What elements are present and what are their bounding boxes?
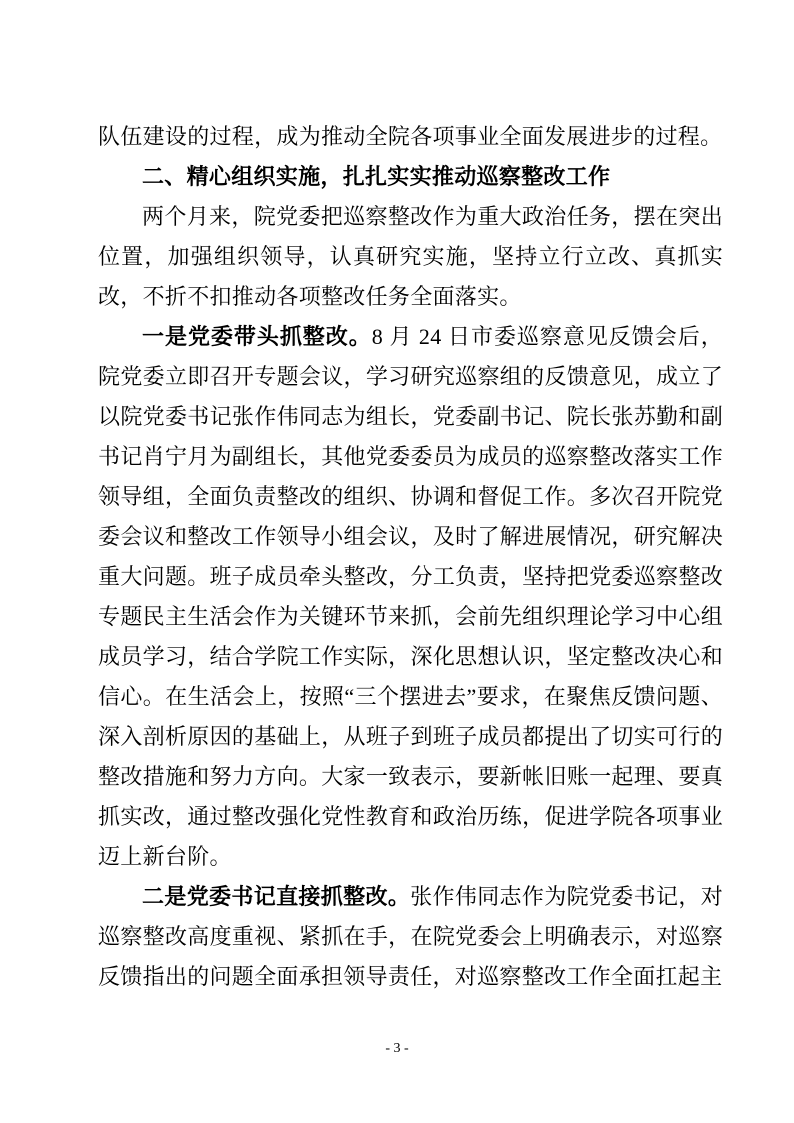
paragraph-continuation: 队伍建设的过程，成为推动全院各项事业全面发展进步的过程。 — [98, 117, 723, 157]
page-number: - 3 - — [0, 1040, 794, 1058]
paragraph: 一是党委带头抓整改。8 月 24 日市委巡察意见反馈会后，院党委立即召开专题会议… — [98, 317, 723, 877]
paragraph-lead: 一是党委带头抓整改。 — [142, 324, 372, 349]
document-page: 队伍建设的过程，成为推动全院各项事业全面发展进步的过程。 二、精心组织实施，扎扎… — [0, 0, 794, 1123]
paragraph: 两个月来，院党委把巡察整改作为重大政治任务，摆在突出位置，加强组织领导，认真研究… — [98, 197, 723, 317]
section-heading: 二、精心组织实施，扎扎实实推动巡察整改工作 — [98, 157, 723, 197]
paragraph-text: 8 月 24 日市委巡察意见反馈会后，院党委立即召开专题会议，学习研究巡察组的反… — [98, 324, 723, 869]
paragraph: 二是党委书记直接抓整改。张作伟同志作为院党委书记，对巡察整改高度重视、紧抓在手，… — [98, 877, 723, 997]
paragraph-lead: 二是党委书记直接抓整改。 — [142, 884, 410, 909]
document-body: 队伍建设的过程，成为推动全院各项事业全面发展进步的过程。 二、精心组织实施，扎扎… — [98, 117, 723, 997]
